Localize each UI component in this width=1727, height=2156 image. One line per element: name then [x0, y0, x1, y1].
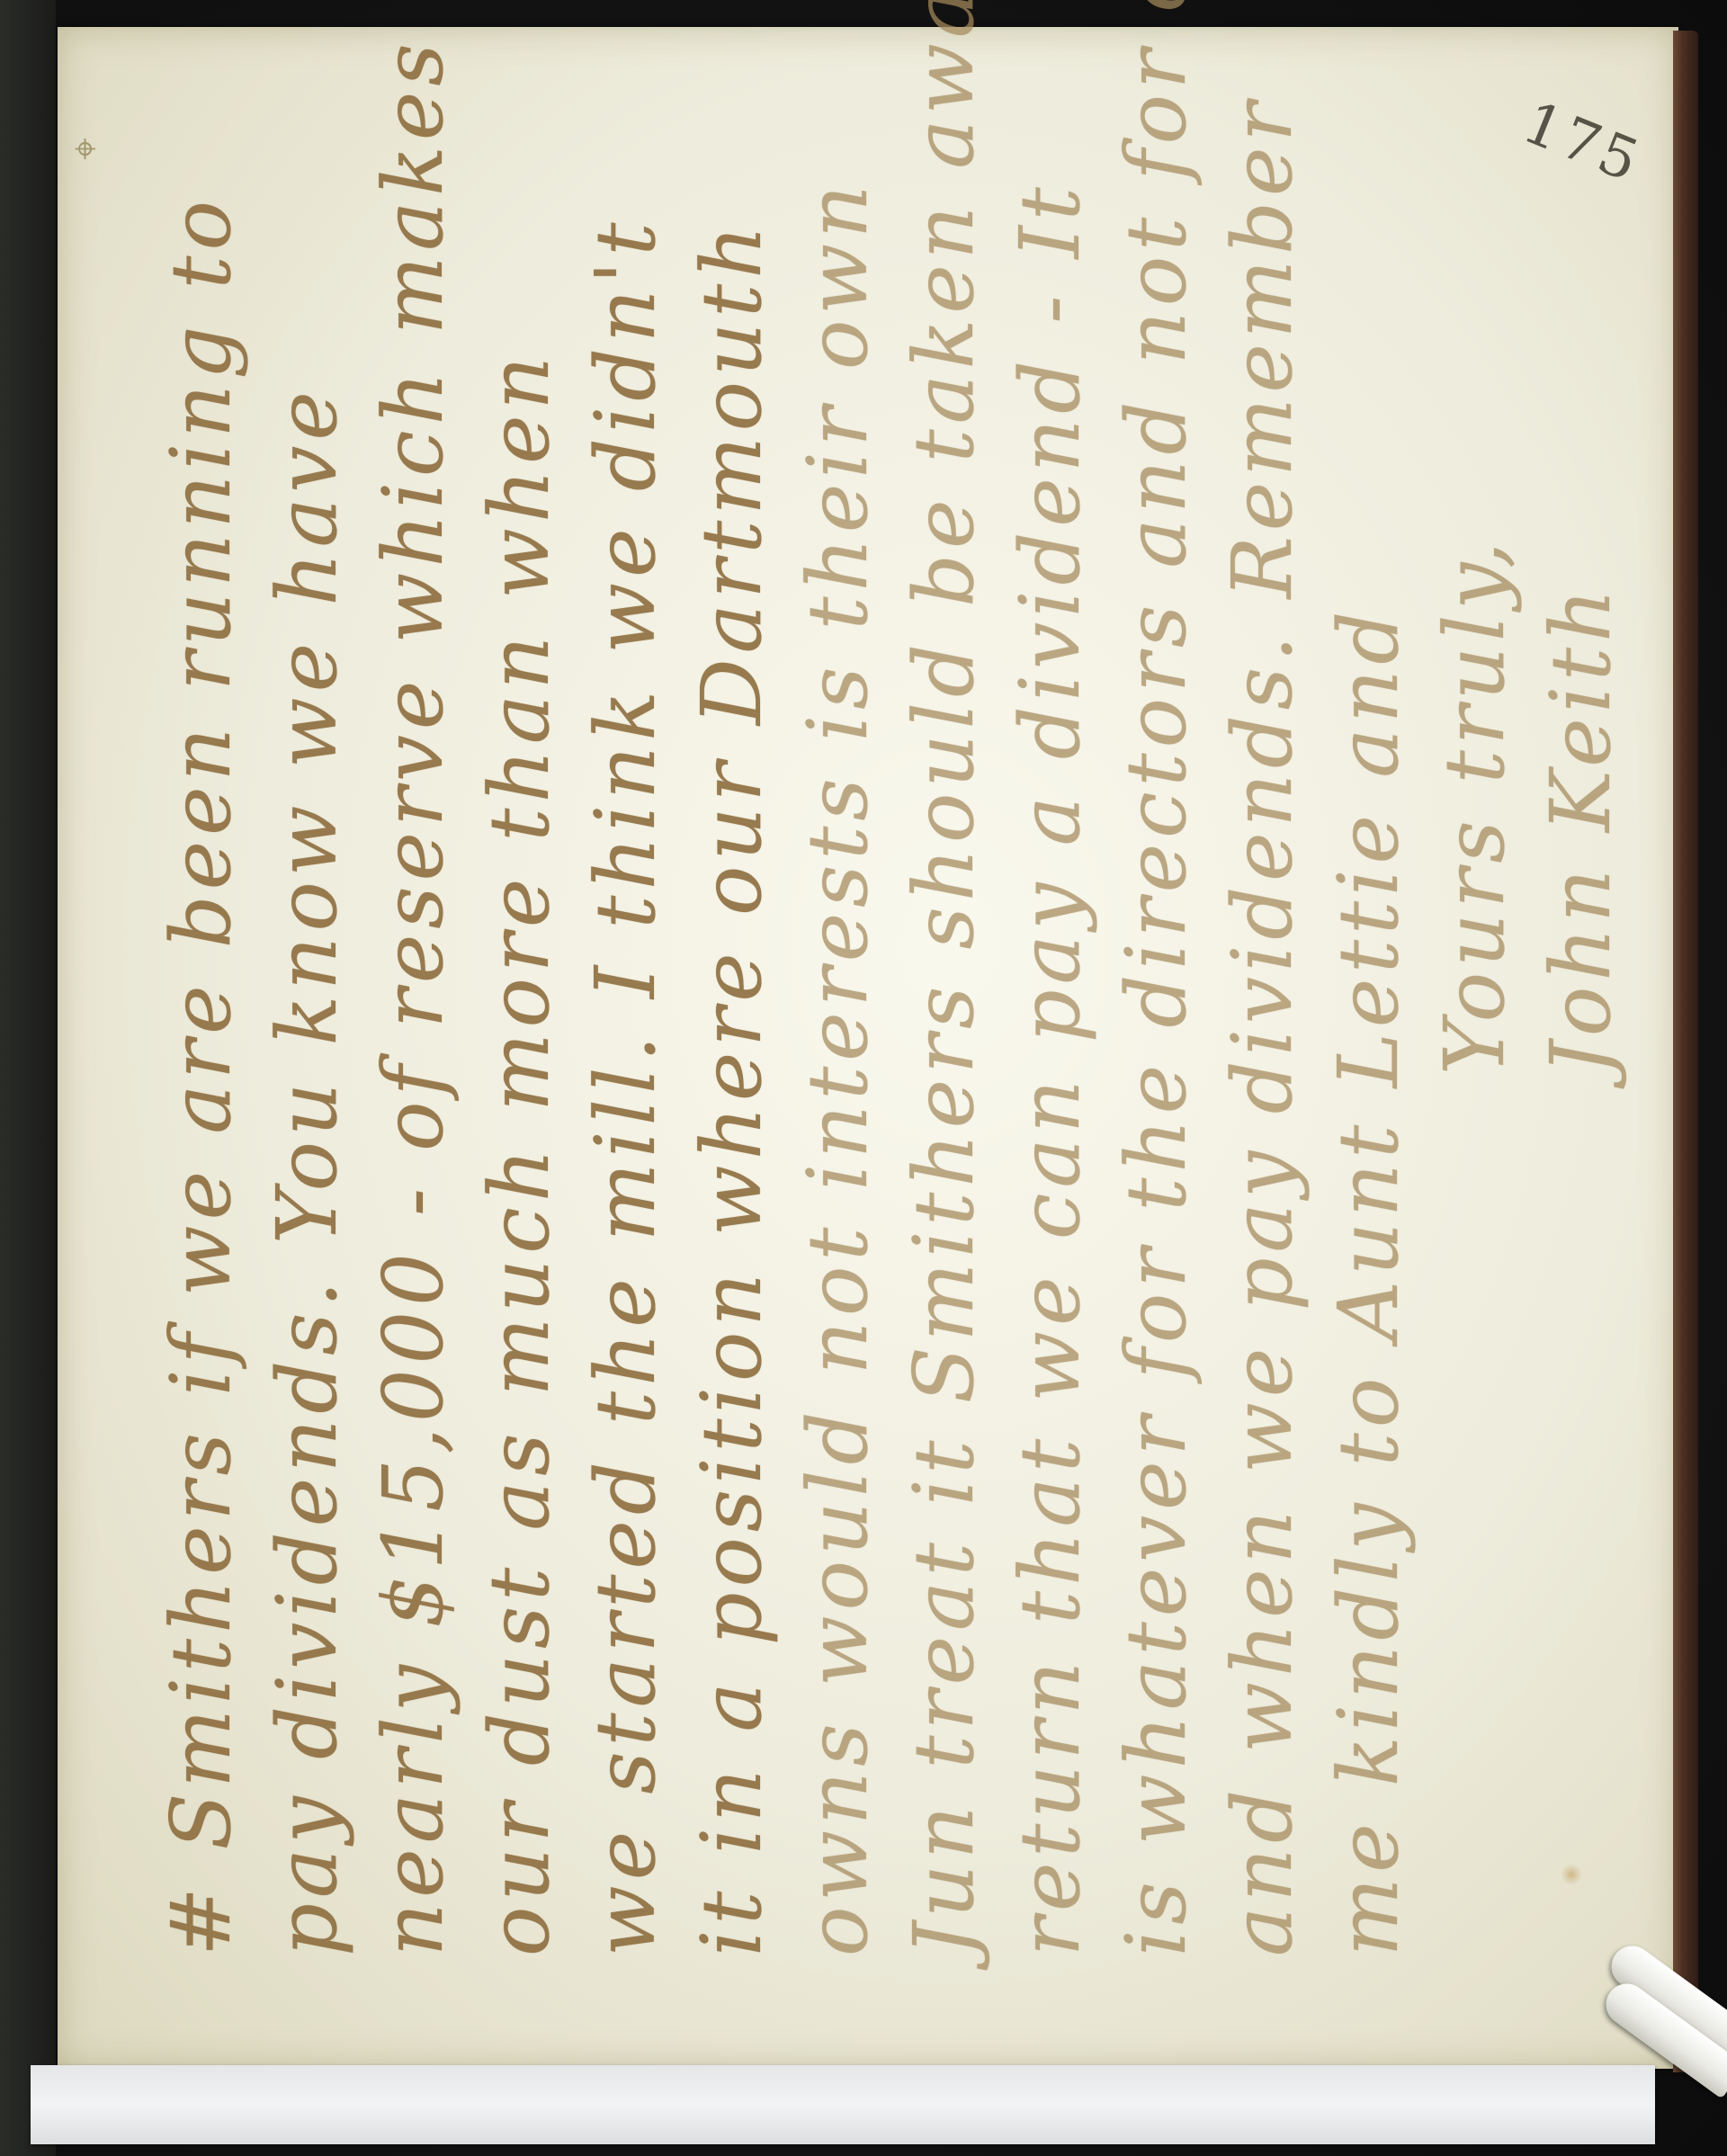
- foxing-stain: [1561, 1864, 1582, 1885]
- text-line-3: nearly $15,000 - of reserve which makes: [361, 31, 467, 1956]
- text-line-7: owns would not interests is their own: [785, 31, 891, 1956]
- text-line-8: Jun treat it Smithers should be taken aw…: [891, 31, 998, 1956]
- white-mounting-strip: [31, 2065, 1655, 2144]
- adjacent-page-edge: [0, 0, 56, 2156]
- handwritten-text-block: # Smithers if we are been running to pay…: [148, 31, 1714, 1956]
- corner-mark: ⌖: [62, 138, 108, 160]
- text-line-11: and when we pay dividends. Remember: [1210, 31, 1316, 1956]
- text-line-9: return that we can pay a dividend - It: [998, 31, 1104, 1956]
- text-line-2: pay dividends. You know we have: [255, 31, 361, 1956]
- text-line-12: me kindly to Aunt Lettie and: [1316, 31, 1422, 1956]
- text-line-5: we started the mill. I think we didn't: [573, 31, 679, 1956]
- text-line-6: it in a position where our Dartmouth: [679, 31, 785, 1956]
- cotton-swabs: [1610, 1925, 1727, 2078]
- closing-line: Yours truly,: [1422, 31, 1528, 1956]
- text-line-4: our dust as much more than when: [467, 31, 573, 1956]
- text-line-10: is whatever for the directors and not fo…: [1104, 31, 1210, 1956]
- signature: John Keith: [1528, 31, 1634, 1956]
- text-line-1: # Smithers if we are been running to: [148, 31, 255, 1956]
